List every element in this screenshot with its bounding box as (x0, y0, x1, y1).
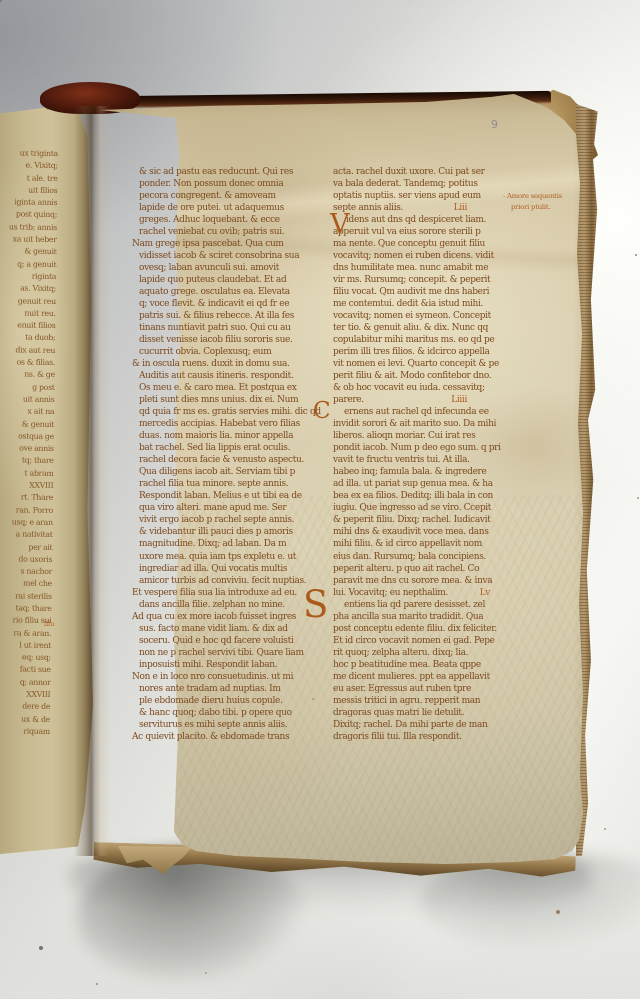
text-line: g post (0, 381, 55, 394)
text-line: mihi dns & exaudivit voce mea. dans (333, 526, 497, 538)
text-line: dns humilitate mea. nunc amabit me (333, 262, 497, 274)
text-line: pecora congregent. & amoveam (139, 190, 309, 202)
text-line: as. Vixitq; (0, 282, 56, 295)
text-line: xa uit heber (0, 233, 57, 246)
text-line: dragoris filii tui. Illa respondit. (333, 731, 497, 743)
text-line: riquam (0, 725, 50, 738)
text-line: & genuit (0, 246, 57, 259)
text-line: Qua diligens iacob ait. Serviam tibi p (139, 466, 309, 478)
text-line: aquato grege. osculatus ea. Elevata (139, 286, 309, 298)
text-line: perit filiu & ait. Modo confitebor dno. (333, 370, 497, 382)
text-line: rachel veniebat cu ovib; patris sui. (139, 226, 309, 238)
text-line: sus. facto mane vidit liam. & dix ad (139, 623, 309, 635)
text-line: entiens lia qd parere desisset. zel (333, 599, 497, 611)
text-line: rachel filia tua minore. septe annis. (139, 478, 309, 490)
text-line: rai sterilis (0, 590, 52, 603)
text-line: q; a genuit (0, 258, 56, 271)
text-line: mel che (0, 578, 52, 591)
text-line: vavit te fructu ventris tui. At illa. (333, 454, 497, 466)
text-line: ns. & ge (0, 369, 55, 382)
text-line: soceru. Quid e hoc qd facere voluisti (139, 635, 309, 647)
text-line: l ut irent (0, 639, 51, 652)
text-line: duas. nom maioris lia. minor appella (139, 430, 309, 442)
text-line: facti sue (0, 664, 51, 677)
text-line: & ob hoc vocavit eu iuda. cessavitq; (333, 382, 497, 394)
text-line: uit annis (0, 393, 55, 406)
text-line: va bala dederat. Tandemq; potitus (333, 178, 497, 190)
text-line: lui. Vocavitq; eu nepthalim.Lv (333, 587, 497, 599)
text-line: priori ptulit. (503, 202, 581, 213)
text-line: septe annis aliis.Liii (333, 202, 497, 214)
text-line: acta. rachel duxit uxore. Cui pat ser (333, 166, 497, 178)
text-line: us trib; annis (0, 221, 57, 234)
text-line: tinans nuntiavit patri suo. Qui cu au (139, 322, 309, 334)
text-line: vit nomen ei levi. Quarto concepit & pe (333, 358, 497, 370)
text-line: Et vespere filia sua lia introduxe ad eu… (132, 587, 309, 599)
text-line: pondit iacob. Num p deo ego sum. q pri (333, 442, 497, 454)
text-line: post quinq; (0, 209, 57, 222)
pencil-page-number: 9 (491, 118, 498, 131)
text-line: ma nente. Que conceptu genuit filiu (333, 238, 497, 250)
text-line: & genuit (0, 418, 54, 431)
text-line: vidisset iacob & sciret consobrina sua (139, 250, 309, 262)
text-line: ingrediar ad illa. Qui vocatis multis (139, 563, 309, 575)
text-line: genuit reu (0, 295, 56, 308)
text-line: & hanc quoq; dabo tibi. p opere quo (139, 707, 309, 719)
text-line: bat rachel. Sed lia lippis erat oculis. (139, 442, 309, 454)
text-line: Et id circo vocavit nomen ei gad. Pepe (333, 635, 497, 647)
text-line: & peperit filiu. Dixq; rachel. Iudicavit (333, 514, 497, 526)
text-line: me dicent mulieres. ppt ea appellavit (333, 671, 497, 683)
text-line: t ale. tre (0, 172, 58, 185)
text-line: cucurrit obvia. Coplexusq; eum (139, 346, 309, 358)
text-line: lapide quo puteus claudebat. Et ad (139, 274, 309, 286)
gutter-crease (74, 106, 110, 856)
text-line: apperuit vul va eius sorore sterili p (333, 226, 497, 238)
text-line: nores ante tradam ad nuptias. Im (139, 683, 309, 695)
text-line: perim illi tres filios. & idcirco appell… (333, 346, 497, 358)
text-line: serviturus es mihi septe annis aliis. (139, 719, 309, 731)
text-line: post conceptu edente filiu. dix felicite… (333, 623, 497, 635)
text-line: parere.Liiii (333, 394, 497, 406)
text-line: paravit me dns cu sorore mea. & inva (333, 575, 497, 587)
text-line: XXVIII (0, 688, 50, 701)
margin-gloss: illu (44, 620, 54, 628)
text-line: q; annor (0, 676, 51, 689)
text-line: inposuisti mihi. Respondit laban. (139, 659, 309, 671)
text-line: iugiu. Que ingresso ad se viro. Ccepit (333, 502, 497, 514)
text-line: enuit filios (0, 319, 56, 332)
text-line: tq; thare (0, 455, 54, 468)
text-line: habeo inq; famula bala. & ingredere (333, 466, 497, 478)
text-line: & in oscula ruens. duxit in domu sua. (132, 358, 309, 370)
text-line: taq; thare (0, 602, 52, 615)
text-line: ponder. Non possum donec omnia (139, 178, 309, 190)
text-line: ove annis (0, 442, 54, 455)
text-line: ple ebdomade dieru huius copule. (139, 695, 309, 707)
left-text-column: & sic ad pastu eas reducunt. Qui respond… (139, 166, 309, 743)
text-line: peperit alteru. p quo ait rachel. Co (333, 563, 497, 575)
text-line: qua viro alteri. mane apud me. Ser (139, 502, 309, 514)
text-line: & videbantur illi pauci dies p amoris (139, 526, 309, 538)
text-line: q; voce flevit. & indicavit ei qd fr ee (139, 298, 309, 310)
text-line: uxore mea. quia iam tps expletu e. ut (139, 551, 309, 563)
right-text-column: acta. rachel duxit uxore. Cui pat serva … (333, 166, 497, 743)
text-line: ernens aut rachel qd infecunda ee (333, 406, 497, 418)
text-line: a nativitat (0, 528, 53, 541)
text-line: iginta annis (0, 196, 57, 209)
text-line: non ne p rachel servivi tibi. Quare liam (139, 647, 309, 659)
text-line: os & filias. (0, 356, 55, 369)
text-line: idens aut dns qd despiceret liam. (333, 214, 497, 226)
initial-c: C (313, 400, 331, 423)
text-line: per ait (0, 541, 53, 554)
text-line: uit filios (0, 184, 57, 197)
text-line: pha ancilla sua marito tradidit. Qua (333, 611, 497, 623)
text-line: riginta (0, 270, 56, 283)
text-line: Auditis aut causis itineris. respondit. (139, 370, 309, 382)
margin-note: - Amore sequentispriori ptulit. (503, 191, 581, 213)
text-line: ta duob; (0, 332, 55, 345)
text-line: dere de (0, 700, 50, 713)
facing-page-text-column: ux trigintae. Vixitq;t ale. treuit filio… (0, 147, 58, 738)
initial-v: V (330, 211, 350, 238)
text-line: magnitudine. Dixq; ad laban. Da m (139, 538, 309, 550)
text-line: Non e in loco nro consuetudinis. ut mi (132, 671, 309, 683)
text-line: eq; usq; (0, 651, 51, 664)
text-line: rit quoq; zelpha alteru. dixq; lia. (333, 647, 497, 659)
text-line: Dixitq; rachel. Da mihi parte de man (333, 719, 497, 731)
text-line: ux & de (0, 713, 50, 726)
text-line: rachel decora facie & venusto aspectu. (139, 454, 309, 466)
text-line: copulabitur mihi maritus ms. eo qd pe (333, 334, 497, 346)
text-line: Os meu e. & caro mea. Et postqua ex (139, 382, 309, 394)
text-line: ran. Porro (0, 504, 53, 517)
text-line: x ait na (0, 405, 54, 418)
text-line: me contemtui. dedit &ia istud mihi. (333, 298, 497, 310)
text-line: messis tritici in agru. repperit man (333, 695, 497, 707)
text-line: patris sui. & filius rebecce. At illa fe… (139, 310, 309, 322)
text-line: dix aut reu (0, 344, 55, 357)
text-line: bea ex ea filios. Deditq; illi bala in c… (333, 490, 497, 502)
text-line: ux triginta (0, 147, 58, 160)
text-line: e. Vixitq; (0, 159, 58, 172)
text-line: dans ancilla filie. zelphan no mine. (139, 599, 309, 611)
text-line: ad illa. ut pariat sup genua mea. & ha (333, 478, 497, 490)
text-line: t abram (0, 467, 54, 480)
text-line: mihi filiu. & id circo appellavit nom (333, 538, 497, 550)
text-line: rt. Thare (0, 491, 53, 504)
text-line: amicor turbis ad conviviu. fecit nuptias… (139, 575, 309, 587)
text-line: ra & aran. (0, 627, 51, 640)
text-line: filiu vocat. Qm audivit me dns haberi (333, 286, 497, 298)
text-line: Nam grege ipsa pascebat. Qua cum (132, 238, 309, 250)
chapter-numeral: Lv (480, 587, 497, 599)
text-line: do uxoris (0, 553, 52, 566)
text-line: Ad qua cu ex more iacob fuisset ingres (132, 611, 309, 623)
text-line: vir ms. Rursumq; concepit. & peperit (333, 274, 497, 286)
text-line: liberos. alioqn moriar. Cui irat res (333, 430, 497, 442)
text-line: - Amore sequentis (503, 191, 581, 202)
manuscript-photo: ux trigintae. Vixitq;t ale. treuit filio… (0, 0, 640, 999)
text-line: ter tio. & genuit aliu. & dix. Nunc qq (333, 322, 497, 334)
initial-s: S (303, 586, 328, 623)
chapter-numeral: Liii (454, 202, 497, 214)
text-line: dragoras quas matri lie detulit. (333, 707, 497, 719)
text-line: XXVIII (0, 479, 53, 492)
text-line: nuit reu. (0, 307, 56, 320)
text-line: usq; e aran (0, 516, 53, 529)
text-line: vocavitq; nomen ei ruben dicens. vidit (333, 250, 497, 262)
text-line: Ac quievit placito. & ebdomade trans (132, 731, 309, 743)
text-line: Respondit laban. Melius e ut tibi ea de (139, 490, 309, 502)
text-line: eu aser. Egressus aut ruben tpre (333, 683, 497, 695)
text-line: mercedis accipias. Habebat vero filias (139, 418, 309, 430)
text-line: ostqua ge (0, 430, 54, 443)
text-line: invidit sorori & ait marito suo. Da mihi (333, 418, 497, 430)
text-line: & sic ad pastu eas reducunt. Qui res (139, 166, 309, 178)
text-line: hoc p beatitudine mea. Beata qppe (333, 659, 497, 671)
text-line: greges. Adhuc loquebant. & ecce (139, 214, 309, 226)
text-line: disset venisse iacob filiu sororis sue. (139, 334, 309, 346)
text-line: optatis nuptiis. ser viens apud eum (333, 190, 497, 202)
text-line: pleti sunt dies mns unius. dix ei. Num (139, 394, 309, 406)
chapter-numeral: Liiii (451, 394, 497, 406)
text-line: vivit ergo iacob p rachel septe annis. (139, 514, 309, 526)
text-line: lapide de ore putei. ut adaquemus (139, 202, 309, 214)
dust-specks (0, 0, 2, 2)
text-line: qd quia fr ms es. gratis servies mihi. d… (139, 406, 309, 418)
text-line: ovesq; laban avunculi sui. amovit (139, 262, 309, 274)
text-line: s nachor (0, 565, 52, 578)
text-line: vocavitq; nomen ei symeon. Concepit (333, 310, 497, 322)
text-line: eius dan. Rursumq; bala concipiens. (333, 551, 497, 563)
